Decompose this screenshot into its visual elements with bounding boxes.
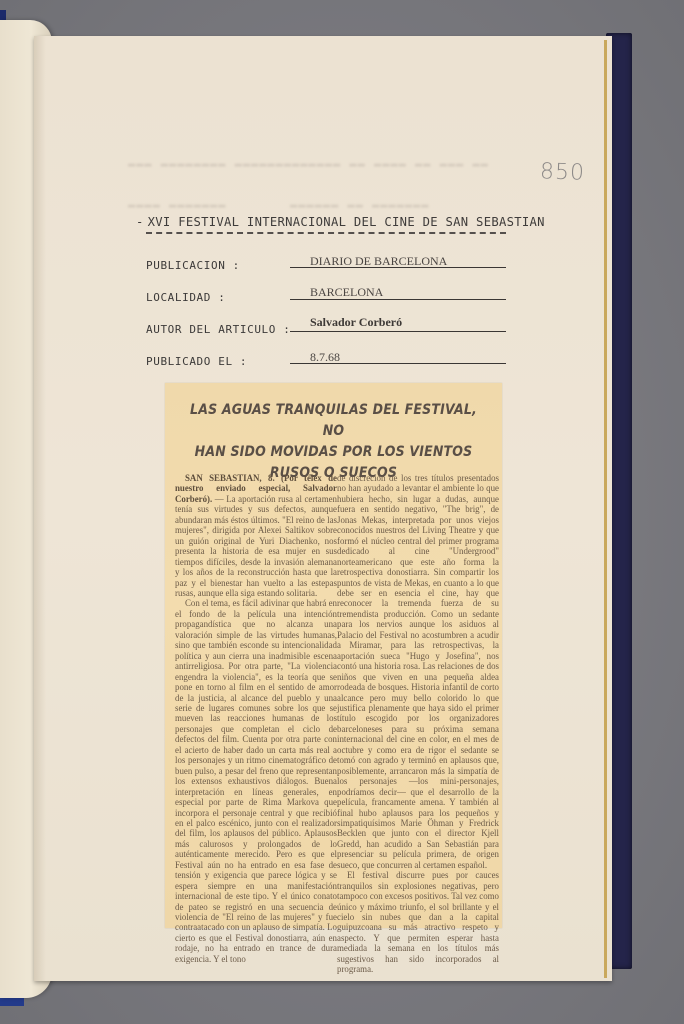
published-date-value: 8.7.68: [310, 350, 340, 365]
headline-line: LAS AGUAS TRANQUILAS DEL FESTIVAL, NO: [189, 399, 479, 441]
festival-title-text: XVI FESTIVAL INTERNACIONAL DEL CINE DE S…: [148, 215, 545, 229]
author-label: AUTOR DEL ARTICULO :: [146, 323, 290, 336]
author-value: Salvador Corberó: [310, 315, 402, 330]
headline-line: HAN SIDO MOVIDAS POR LOS VIENTOS: [189, 441, 479, 462]
bullet-dash: -: [136, 215, 144, 229]
article-paragraph: Con el tema, es fácil adivinar que habrá…: [175, 598, 337, 964]
festival-title: -XVI FESTIVAL INTERNACIONAL DEL CINE DE …: [136, 215, 545, 229]
bleed-through-text: ▬▬▬▬▬▬ ▬▬ ▬▬▬▬▬▬▬: [290, 198, 460, 208]
locality-label: LOCALIDAD :: [146, 291, 225, 304]
article-column-right: de discreción de los tres títulos presen…: [337, 473, 499, 975]
handwritten-page-number: 850: [540, 159, 586, 186]
page-gilt-edge: [604, 40, 607, 978]
article-paragraph: El festival discurre pues por cauces tra…: [337, 870, 499, 975]
publication-label: PUBLICACION :: [146, 259, 240, 272]
page-gutter-shadow: [34, 36, 46, 981]
clipping-headline: LAS AGUAS TRANQUILAS DEL FESTIVAL, NO HA…: [189, 399, 479, 483]
bleed-through-text: ▬▬▬▬ ▬▬▬▬▬▬▬: [128, 198, 248, 208]
article-column-left: SAN SEBASTIAN, 8. (Por télex de nuestro …: [175, 473, 337, 964]
article-paragraph: SAN SEBASTIAN, 8. (Por télex de nuestro …: [175, 473, 337, 598]
publication-value: DIARIO DE BARCELONA: [310, 254, 447, 269]
locality-value: BARCELONA: [310, 285, 383, 300]
published-date-label: PUBLICADO EL :: [146, 355, 247, 368]
bleed-through-text: ▬▬▬ ▬▬▬▬▬▬▬▬ ▬▬▬▬▬▬▬▬▬▬▬▬▬ ▬▬ ▬▬▬▬ ▬▬ ▬▬…: [128, 157, 488, 167]
article-paragraph: de discreción de los tres títulos presen…: [337, 473, 499, 870]
title-underline: [146, 232, 506, 234]
newspaper-clipping: LAS AGUAS TRANQUILAS DEL FESTIVAL, NO HA…: [165, 383, 502, 928]
author-line: [290, 331, 506, 332]
